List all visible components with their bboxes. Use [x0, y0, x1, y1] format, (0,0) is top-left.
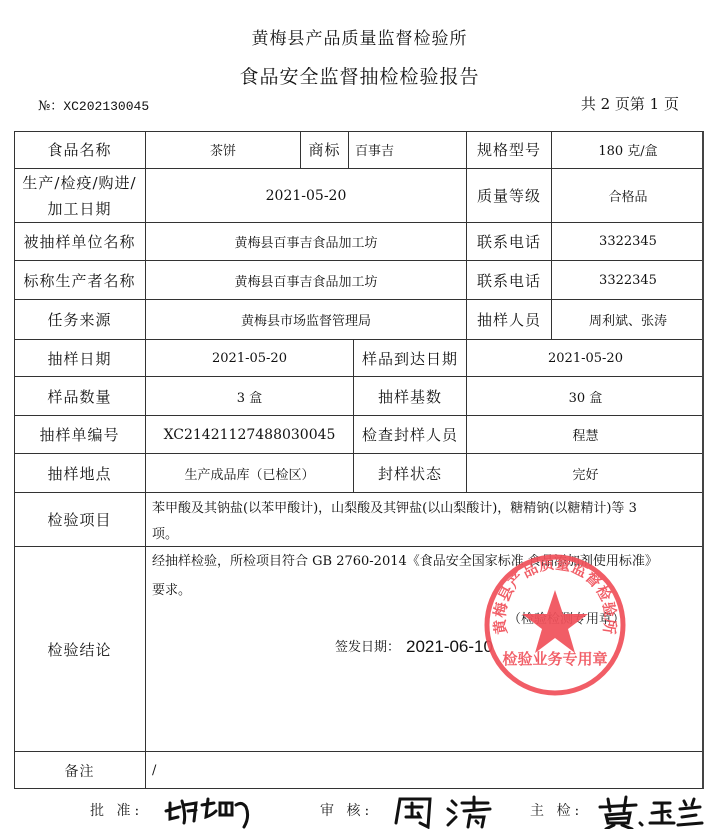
- institute-name: 黄梅县产品质量监督检验所: [0, 24, 719, 49]
- producer-phone-value: 3322345: [552, 261, 704, 300]
- production-date-label: 生产/检疫/购进/加工日期: [14, 169, 146, 223]
- grade-value: 合格品: [552, 169, 704, 223]
- seal-bottom-text: 检验业务专用章: [502, 650, 607, 668]
- sampling-date-value: 2021-05-20: [146, 340, 354, 377]
- sampling-base-value: 30 盒: [467, 377, 704, 416]
- report-number: №：XC202130045: [38, 95, 149, 114]
- sample-qty-value: 3 盒: [146, 377, 354, 416]
- inspector-signature-icon: [596, 795, 706, 829]
- test-items-line-1: 苯甲酸及其钠盐(以苯甲酸计)，山梨酸及其钾盐(以山梨酸计)，糖精钠(以糖精计)等…: [152, 495, 637, 523]
- sampled-unit-label: 被抽样单位名称: [14, 223, 146, 261]
- samplers-value: 周利斌、张涛: [552, 300, 704, 340]
- location-value: 生产成品库（已检区）: [146, 454, 354, 493]
- official-seal-icon: 黄梅县产品质量监督检验所 检验业务专用章: [482, 552, 628, 698]
- issue-date-value: 2021-06-10: [406, 637, 493, 657]
- sampled-unit-value: 黄梅县百事吉食品加工坊: [146, 223, 467, 261]
- sampled-phone-label: 联系电话: [467, 223, 552, 261]
- spec-label: 规格型号: [467, 131, 552, 169]
- report-title: 食品安全监督抽检检验报告: [0, 62, 719, 89]
- approve-label: 批 准:: [90, 800, 143, 820]
- sealer-value: 程慧: [467, 416, 704, 454]
- grade-label: 质量等级: [467, 169, 552, 223]
- report-number-value: XC202130045: [63, 99, 149, 114]
- inspector-label: 主 检:: [530, 800, 583, 820]
- spec-value: 180 克/盒: [552, 131, 704, 169]
- task-source-label: 任务来源: [14, 300, 146, 340]
- sealer-label: 检查封样人员: [354, 416, 467, 454]
- reviewer-signature-icon: [390, 795, 500, 829]
- brand-label: 商标: [301, 131, 349, 169]
- location-label: 抽样地点: [14, 454, 146, 493]
- brand-value: 百事吉: [349, 131, 467, 169]
- seal-status-value: 完好: [467, 454, 704, 493]
- producer-label: 标称生产者名称: [14, 261, 146, 300]
- arrival-date-label: 样品到达日期: [354, 340, 467, 377]
- approver-signature-icon: [162, 795, 262, 829]
- food-name-label: 食品名称: [14, 131, 146, 169]
- conclusion-line-2: 要求。: [152, 577, 191, 605]
- remarks-label: 备注: [14, 752, 146, 789]
- sample-qty-label: 样品数量: [14, 377, 146, 416]
- producer-value: 黄梅县百事吉食品加工坊: [146, 261, 467, 300]
- conclusion-label: 检验结论: [14, 547, 146, 752]
- remarks-value: /: [146, 752, 704, 789]
- producer-phone-label: 联系电话: [467, 261, 552, 300]
- sampling-no-label: 抽样单编号: [14, 416, 146, 454]
- review-label: 审 核:: [320, 800, 373, 820]
- seal-status-label: 封样状态: [354, 454, 467, 493]
- sampled-phone-value: 3322345: [552, 223, 704, 261]
- arrival-date-value: 2021-05-20: [467, 340, 704, 377]
- test-items-line-2: 项。: [152, 521, 178, 549]
- production-date-value: 2021-05-20: [146, 169, 467, 223]
- report-number-label: №：: [38, 99, 63, 114]
- task-source-value: 黄梅县市场监督管理局: [146, 300, 467, 340]
- sampling-no-value: XC21421127488030045: [146, 416, 354, 454]
- samplers-label: 抽样人员: [467, 300, 552, 340]
- pagination: 共 2 页第 1 页: [581, 93, 679, 114]
- test-items-label: 检验项目: [14, 493, 146, 547]
- sampling-date-label: 抽样日期: [14, 340, 146, 377]
- food-name-value: 茶饼: [146, 131, 301, 169]
- issue-date-label: 签发日期：: [335, 636, 400, 655]
- sampling-base-label: 抽样基数: [354, 377, 467, 416]
